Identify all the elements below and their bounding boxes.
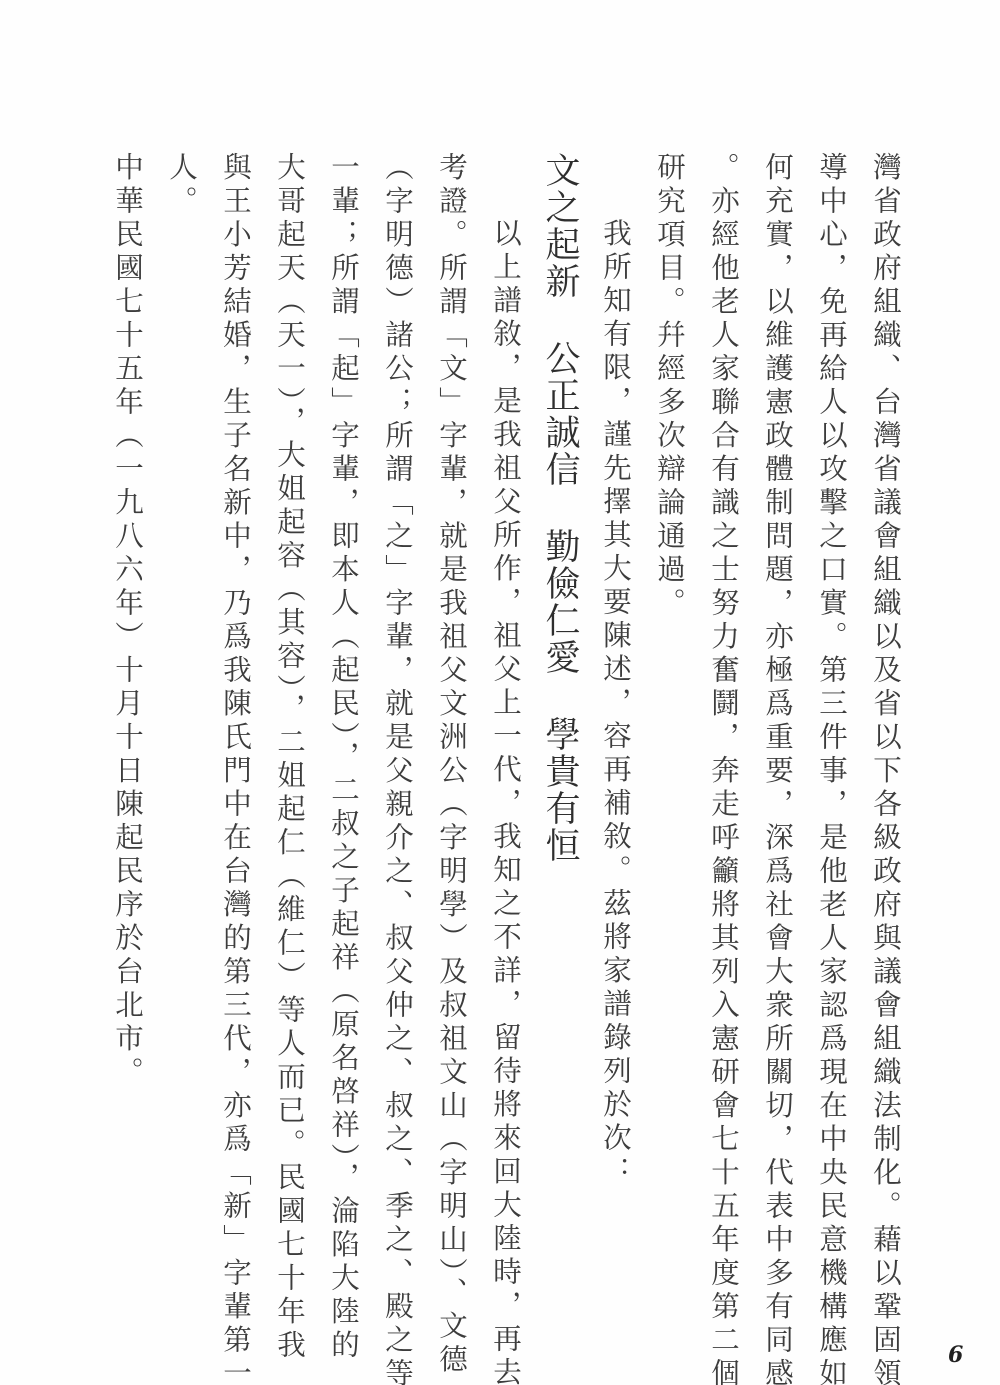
signature-date-line: 中華民國七十五年（一九八六年）十月十日陳起民序於台北市。 xyxy=(100,152,154,1232)
text-column: 一輩；所謂「起」字輩，即本人（起民），二叔之子起祥（原名啓祥），淪陷大陸的 xyxy=(316,152,370,1232)
generation-phrase-3: 勤儉仁愛 xyxy=(532,528,588,676)
text-column-indented: 以上譜敘，是我祖父所作，祖父上一代，我知之不詳，留待將來回大陸時，再去 xyxy=(478,152,532,1232)
text-column-indented: 我所知有限，謹先擇其大要陳述，容再補敘。茲將家譜錄列於次： xyxy=(588,152,642,1232)
text-column: 大哥起天（天一），大姐起容（其容），二姐起仁（維仁）等人而已。民國七十年我 xyxy=(262,152,316,1232)
text-column: 。亦經他老人家聯合有識之士努力奮鬪，奔走呼籲將其列入憲研會七十五年度第二個 xyxy=(696,152,750,1232)
genealogy-heading: 文之起新公正誠信勤儉仁愛學貴有恒 xyxy=(532,152,588,1232)
text-column: 灣省政府組織、台灣省議會組織以及省以下各級政府與議會組織法制化。藉以鞏固領 xyxy=(858,152,912,1232)
text-column: 研究項目。幷經多次辯論通過。 xyxy=(642,152,696,1232)
text-column: 考證。所謂「文」字輩，就是我祖父文洲公（字明學）及叔祖文山（字明山）、文德 xyxy=(424,152,478,1232)
vertical-text-body: 灣省政府組織、台灣省議會組織以及省以下各級政府與議會組織法制化。藉以鞏固領 導中… xyxy=(100,152,912,1232)
page-number: 6 xyxy=(948,1342,963,1368)
text-column: 何充實，以維護憲政體制問題，亦極爲重要，深爲社會大衆所關切，代表中多有同感 xyxy=(750,152,804,1232)
generation-phrase-1: 文之起新 xyxy=(532,152,588,300)
generation-phrase-2: 公正誠信 xyxy=(532,340,588,488)
text-column: 與王小芳結婚，生子名新中，乃爲我陳氏門中在台灣的第三代，亦爲「新」字輩第一 xyxy=(208,152,262,1232)
generation-phrase-4: 學貴有恒 xyxy=(532,716,588,864)
text-column: 人。 xyxy=(154,152,208,1232)
document-page: 灣省政府組織、台灣省議會組織以及省以下各級政府與議會組織法制化。藉以鞏固領 導中… xyxy=(0,0,1000,1385)
text-column: （字明德）諸公；所謂「之」字輩，就是父親介之、叔父仲之、叔之、季之、殿之等 xyxy=(370,152,424,1232)
text-column: 導中心，免再給人以攻擊之口實。第三件事，是他老人家認爲現在中央民意機構應如 xyxy=(804,152,858,1232)
